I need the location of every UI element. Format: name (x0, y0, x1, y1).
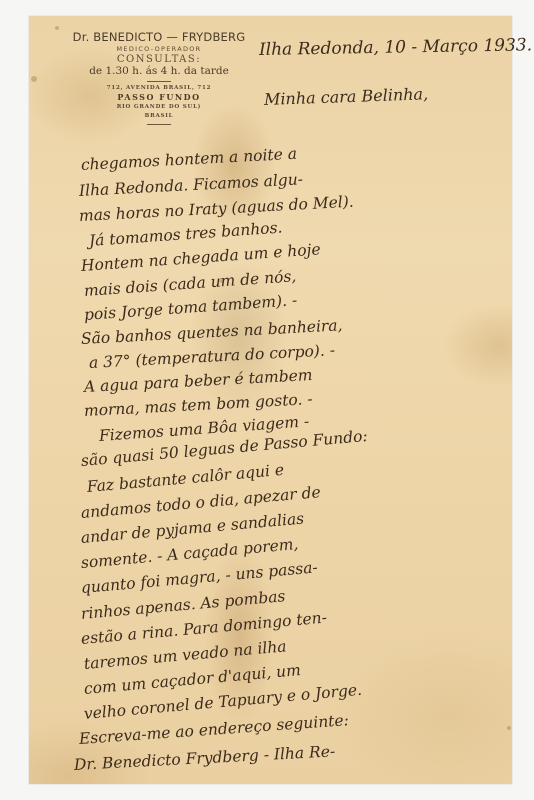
stain (507, 726, 511, 730)
stain (31, 76, 37, 82)
letter-paper: Dr. BENEDICTO — FRYDBERG MEDICO-OPERADOR… (29, 16, 512, 784)
letter-dateline: Ilha Redonda, 10 - Março 1933. (259, 35, 532, 60)
letterhead-address: 712, AVENIDA BRASIL, 712 (59, 85, 259, 91)
letterhead-divider (147, 81, 171, 82)
letterhead-state: RIO GRANDE DO SUL) (59, 104, 259, 110)
letterhead-divider (147, 124, 171, 125)
letterhead-role: MEDICO-OPERADOR (59, 45, 259, 53)
letter-salutation: Minha cara Belinha, (264, 84, 429, 109)
letterhead-hours: de 1.30 h. ás 4 h. da tarde (59, 65, 259, 77)
letterhead-country: BRASIL (59, 113, 259, 119)
letterhead: Dr. BENEDICTO — FRYDBERG MEDICO-OPERADOR… (59, 30, 259, 128)
letter-line: Ilha Redonda. Ficamos algu- (79, 170, 304, 200)
letter-line: chegamos hontem a noite a (81, 145, 298, 174)
letterhead-city: PASSO FUNDO (59, 92, 259, 102)
letterhead-name: Dr. BENEDICTO — FRYDBERG (59, 30, 259, 44)
letter-line: Dr. Benedicto Frydberg - Ilha Re- (74, 742, 336, 774)
letterhead-consultas: CONSULTAS: (59, 54, 259, 65)
